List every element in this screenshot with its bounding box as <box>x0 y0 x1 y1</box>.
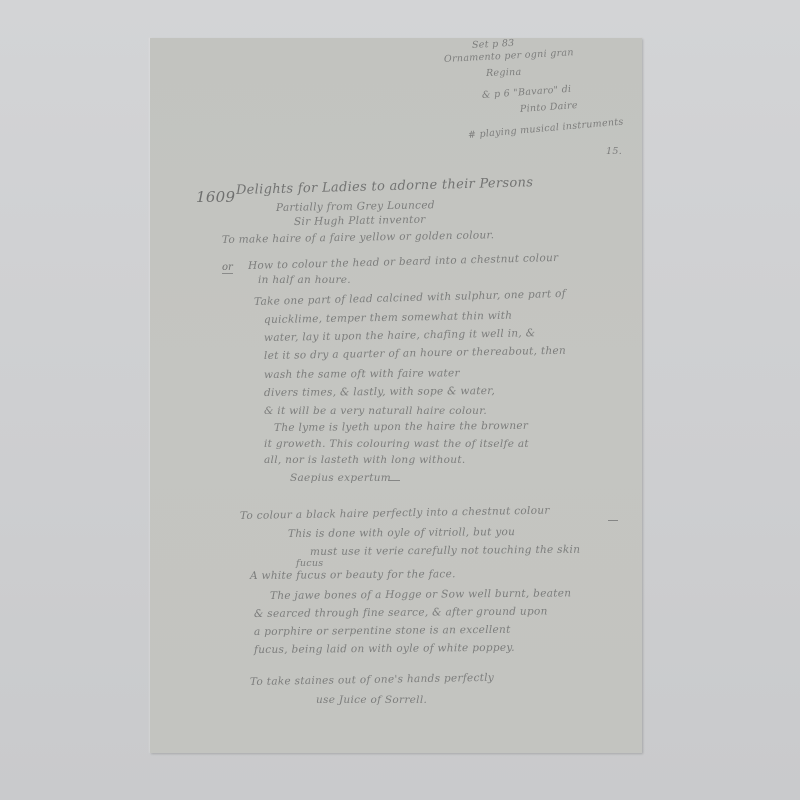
note-line: Regina <box>486 67 522 79</box>
manuscript-page: Set p 83 Ornamento per ogni gran Regina … <box>150 38 642 753</box>
recipe-line: Take one part of lead calcined with sulp… <box>254 288 566 308</box>
note-line: # playing musical instruments <box>468 116 624 141</box>
book-title: Delights for Ladies to adorne their Pers… <box>236 175 534 198</box>
recipe-line: & searced through fine searce, & after g… <box>254 605 548 620</box>
recipe-line: a porphire or serpentine stone is an exc… <box>254 624 511 638</box>
recipe-title: To colour a black haire perfectly into a… <box>240 505 550 522</box>
note-line: Set p 83 <box>472 38 515 51</box>
recipe-title: To take staines out of one's hands perfe… <box>250 672 494 688</box>
book-subtitle: Partially from Grey Lounced <box>276 199 435 214</box>
recipe-title: To make haire of a faire yellow or golde… <box>222 229 494 246</box>
margin-mark: or <box>222 263 233 274</box>
recipe-line: it groweth. This colouring wast the of i… <box>264 438 529 450</box>
note-line: Ornamento per ogni gran <box>444 47 574 65</box>
insert-note: fucus <box>296 558 323 569</box>
recipe-title: How to colour the head or beard into a c… <box>248 252 559 272</box>
note-line: 15. <box>606 146 622 157</box>
recipe-line: Saepius expertum <box>290 472 391 484</box>
recipe-line: all, nor is lasteth with long without. <box>264 454 465 466</box>
underline-dash <box>388 480 400 481</box>
recipe-line: The jawe bones of a Hogge or Sow well bu… <box>270 587 571 602</box>
recipe-line: let it so dry a quarter of an houre or t… <box>264 345 566 362</box>
recipe-line: wash the same oft with faire water <box>264 367 460 381</box>
underline-dash <box>608 520 618 521</box>
book-author: Sir Hugh Platt inventor <box>294 214 426 228</box>
note-line: Pinto Daire <box>520 100 579 115</box>
recipe-line: & it will be a very naturall haire colou… <box>264 405 487 417</box>
recipe-line: water, lay it upon the haire, chafing it… <box>264 327 536 344</box>
note-line: & p 6 "Bavaro" di <box>482 84 572 101</box>
recipe-title: in half an houre. <box>258 274 351 286</box>
year-label: 1609 <box>196 188 235 206</box>
recipe-line: use Juice of Sorrell. <box>316 694 427 706</box>
recipe-line: This is done with oyle of vitrioll, but … <box>288 526 515 540</box>
recipe-line: fucus, being laid on with oyle of white … <box>254 642 515 656</box>
recipe-line: The lyme is lyeth upon the haire the bro… <box>274 420 528 434</box>
recipe-line: divers times, & lastly, with sope & wate… <box>264 385 495 399</box>
recipe-title: A white fucus or beauty for the face. <box>250 568 456 582</box>
recipe-line: quicklime, temper them somewhat thin wit… <box>264 310 513 326</box>
recipe-line: must use it verie carefully not touching… <box>310 544 580 558</box>
